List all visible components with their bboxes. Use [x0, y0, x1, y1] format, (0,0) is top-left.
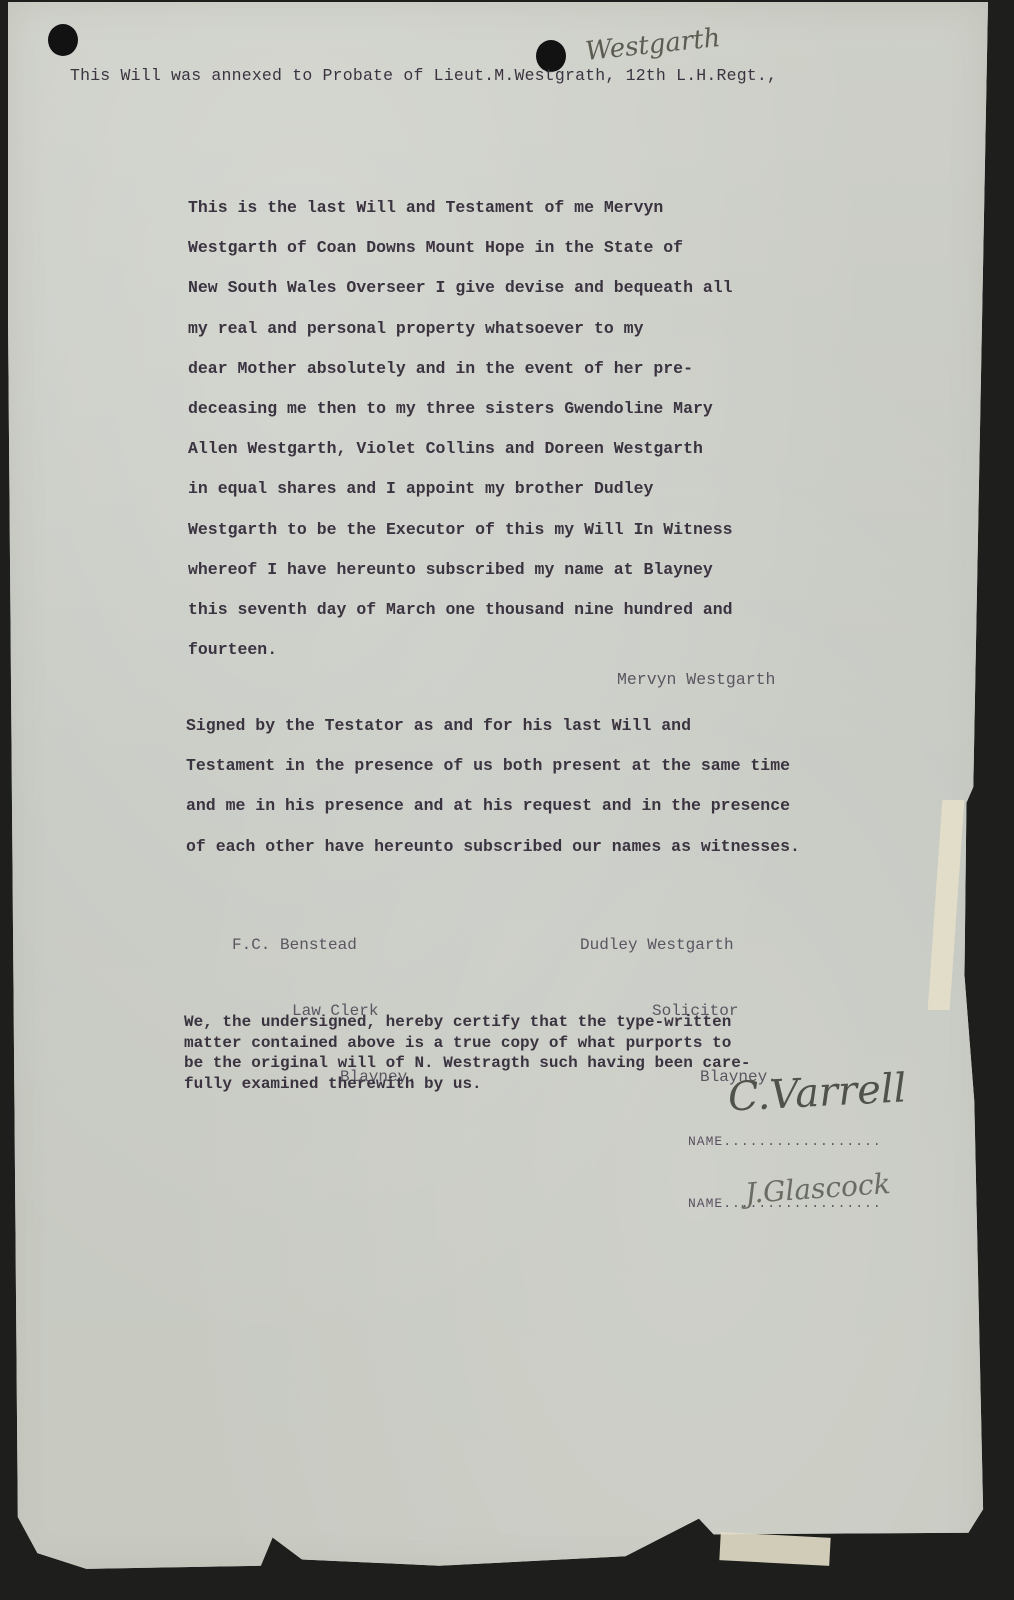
attestation-line: and me in his presence and at his reques… — [186, 786, 946, 826]
name-dots: .................. — [723, 1134, 881, 1149]
testator-signature: Mervyn Westgarth — [617, 670, 775, 689]
handwritten-signature: C.Varrell — [727, 1065, 908, 1120]
will-body-line: New South Wales Overseer I give devise a… — [188, 268, 948, 308]
attestation-clause: Signed by the Testator as and for his la… — [186, 706, 946, 867]
attestation-line: of each other have hereunto subscribed o… — [186, 827, 946, 867]
certification-line: We, the undersigned, hereby certify that… — [184, 1012, 944, 1033]
witness-name: F.C. Benstead — [232, 934, 417, 956]
certification-line: matter contained above is a true copy of… — [184, 1033, 944, 1054]
will-body-line: my real and personal property whatsoever… — [188, 309, 948, 349]
will-body-line: deceasing me then to my three sisters Gw… — [188, 389, 948, 429]
attestation-line: Signed by the Testator as and for his la… — [186, 706, 946, 746]
will-body-line: Westgarth to be the Executor of this my … — [188, 510, 948, 550]
certifier-name-line: NAME.................. — [688, 1196, 882, 1211]
witness-name: Dudley Westgarth — [580, 934, 777, 956]
name-label: NAME — [688, 1196, 723, 1211]
will-body-line: fourteen. — [188, 630, 948, 670]
will-body-line: in equal shares and I appoint my brother… — [188, 469, 948, 509]
name-dots: .................. — [723, 1196, 881, 1211]
name-label: NAME — [688, 1134, 723, 1149]
will-body-line: Westgarth of Coan Downs Mount Hope in th… — [188, 228, 948, 268]
will-body: This is the last Will and Testament of m… — [188, 188, 948, 670]
attestation-line: Testament in the presence of us both pre… — [186, 746, 946, 786]
will-body-line: Allen Westgarth, Violet Collins and Dore… — [188, 429, 948, 469]
will-body-line: This is the last Will and Testament of m… — [188, 188, 948, 228]
will-body-line: dear Mother absolutely and in the event … — [188, 349, 948, 389]
punch-hole — [48, 24, 78, 56]
will-body-line: whereof I have hereunto subscribed my na… — [188, 550, 948, 590]
certifier-name-line: NAME.................. — [688, 1134, 882, 1149]
will-body-line: this seventh day of March one thousand n… — [188, 590, 948, 630]
probate-header-note: This Will was annexed to Probate of Lieu… — [70, 66, 777, 85]
torn-edge-strip — [719, 1532, 830, 1566]
